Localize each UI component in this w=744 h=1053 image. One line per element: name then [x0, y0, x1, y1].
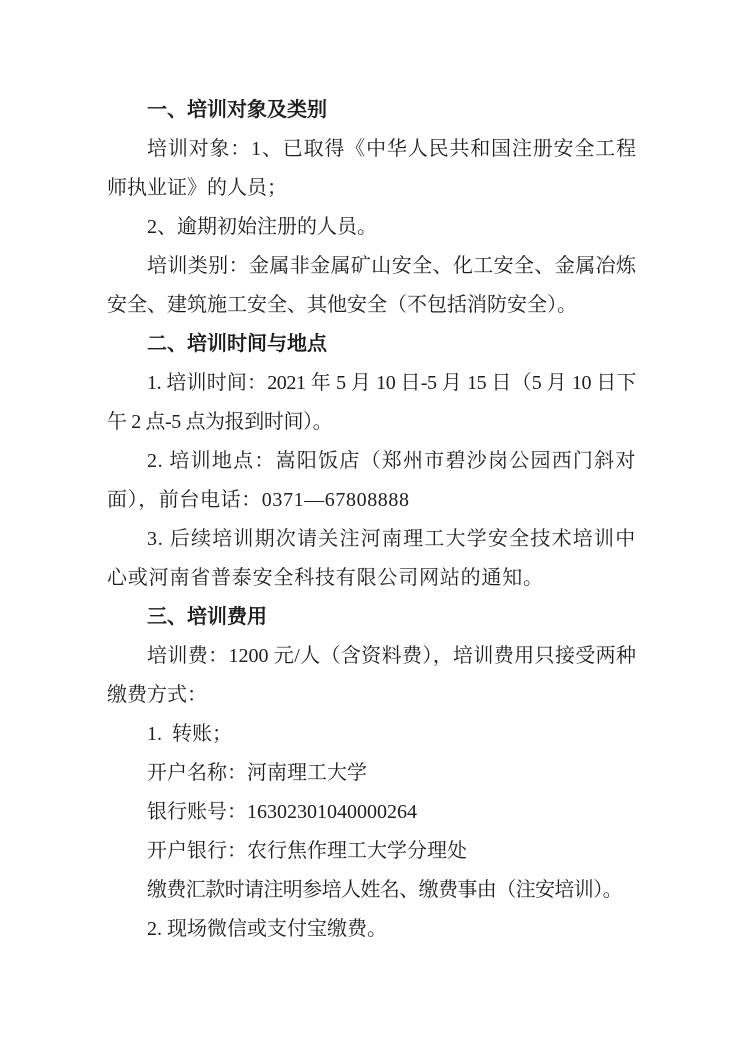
paragraph: 开户名称：河南理工大学 — [107, 754, 636, 793]
paragraph: 2、逾期初始注册的人员。 — [107, 208, 636, 247]
paragraph: 2. 现场微信或支付宝缴费。 — [107, 910, 636, 949]
paragraph: 缴费汇款时请注明参培人姓名、缴费事由（注安培训）。 — [107, 871, 636, 910]
paragraph: 培训对象：1、已取得《中华人民共和国注册安全工程师执业证》的人员； — [107, 130, 636, 208]
section-heading: 一、培训对象及类别 — [107, 91, 636, 130]
paragraph: 银行账号：16302301040000264 — [107, 793, 636, 832]
document-body: 一、培训对象及类别培训对象：1、已取得《中华人民共和国注册安全工程师执业证》的人… — [107, 91, 636, 949]
paragraph: 3. 后续培训期次请关注河南理工大学安全技术培训中心或河南省普泰安全科技有限公司… — [107, 520, 636, 598]
section-heading: 三、培训费用 — [107, 598, 636, 637]
paragraph: 1. 培训时间：2021 年 5 月 10 日-5 月 15 日（5 月 10 … — [107, 364, 636, 442]
paragraph: 培训类别：金属非金属矿山安全、化工安全、金属冶炼安全、建筑施工安全、其他安全（不… — [107, 247, 636, 325]
paragraph: 开户银行：农行焦作理工大学分理处 — [107, 832, 636, 871]
document-page: 一、培训对象及类别培训对象：1、已取得《中华人民共和国注册安全工程师执业证》的人… — [0, 0, 744, 1053]
paragraph: 1. 转账； — [107, 715, 636, 754]
section-heading: 二、培训时间与地点 — [107, 325, 636, 364]
paragraph: 2. 培训地点：嵩阳饭店（郑州市碧沙岗公园西门斜对面），前台电话：0371—67… — [107, 442, 636, 520]
paragraph: 培训费：1200 元/人（含资料费），培训费用只接受两种缴费方式： — [107, 637, 636, 715]
